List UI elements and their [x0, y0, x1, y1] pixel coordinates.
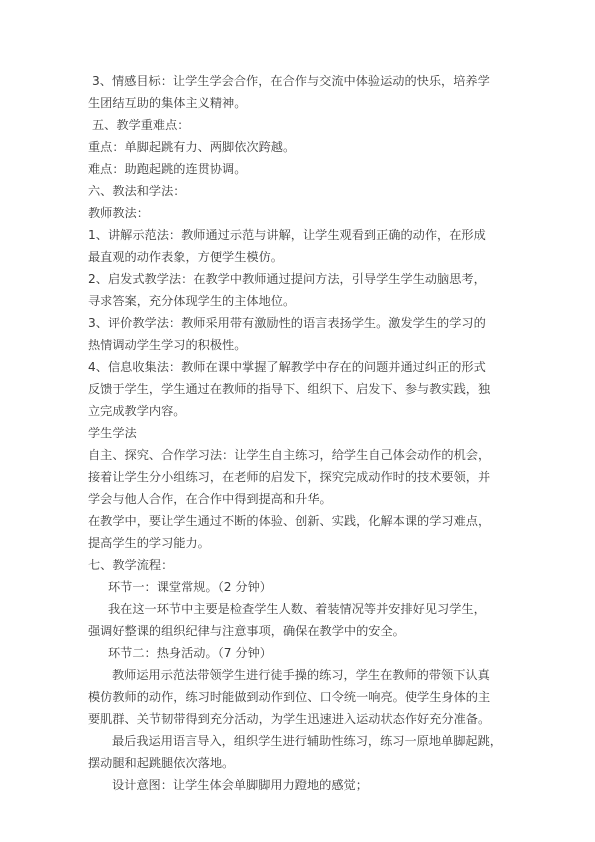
text-line: 接着让学生分小组练习，在老师的启发下，探究完成动作时的技术要领，并: [88, 466, 508, 488]
document-page: 3、情感目标：让学生学会合作，在合作与交流中体验运动的快乐，培养学生团结互助的集…: [88, 70, 508, 796]
text-line: 4、信息收集法：教师在课中掌握了解教学中存在的问题并通过纠正的形式: [88, 356, 508, 378]
text-line: 最直观的动作表象，方便学生模仿。: [88, 246, 508, 268]
text-line: 最后我运用语言导入，组织学生进行辅助性练习，练习一原地单脚起跳，: [88, 730, 508, 752]
text-line: 六、教法和学法：: [88, 180, 508, 202]
text-line: 教师运用示范法带领学生进行徒手操的练习，学生在教师的带领下认真: [88, 664, 508, 686]
text-line: 设计意图：让学生体会单脚脚用力蹬地的感觉；: [88, 774, 508, 796]
text-line: 教师教法：: [88, 202, 508, 224]
text-line: 难点：助跑起跳的连贯协调。: [88, 158, 508, 180]
text-line: 摆动腿和起跳腿依次落地。: [88, 752, 508, 774]
text-line: 立完成教学内容。: [88, 400, 508, 422]
text-line: 2、启发式教学法：在教学中教师通过提问方法，引导学生学生动脑思考，: [88, 268, 508, 290]
text-line: 七、教学流程：: [88, 554, 508, 576]
text-line: 我在这一环节中主要是检查学生人数、着装情况等并安排好见习学生，: [88, 598, 508, 620]
text-line: 环节一：课堂常规。（2 分钟）: [88, 576, 508, 598]
text-line: 重点：单脚起跳有力、两脚依次跨越。: [88, 136, 508, 158]
text-line: 在教学中，要让学生通过不断的体验、创新、实践，化解本课的学习难点，: [88, 510, 508, 532]
text-line: 生团结互助的集体主义精神。: [88, 92, 508, 114]
text-line: 学生学法: [88, 422, 508, 444]
text-line: 环节二：热身活动。（7 分钟）: [88, 642, 508, 664]
text-line: 要肌群、关节韧带得到充分活动，为学生迅速进入运动状态作好充分准备。: [88, 708, 508, 730]
text-line: 自主、探究、合作学习法：让学生自主练习，给学生自己体会动作的机会，: [88, 444, 508, 466]
text-line: 3、评价教学法：教师采用带有激励性的语言表扬学生。激发学生的学习的: [88, 312, 508, 334]
text-line: 反馈于学生，学生通过在教师的指导下、组织下、启发下、参与教实践，独: [88, 378, 508, 400]
text-line: 学会与他人合作，在合作中得到提高和升华。: [88, 488, 508, 510]
text-line: 3、情感目标：让学生学会合作，在合作与交流中体验运动的快乐，培养学: [88, 70, 508, 92]
text-line: 热情调动学生学习的积极性。: [88, 334, 508, 356]
text-line: 1、讲解示范法：教师通过示范与讲解，让学生观看到正确的动作，在形成: [88, 224, 508, 246]
text-line: 寻求答案，充分体现学生的主体地位。: [88, 290, 508, 312]
text-line: 五、教学重难点：: [88, 114, 508, 136]
text-line: 提高学生的学习能力。: [88, 532, 508, 554]
text-line: 模仿教师的动作，练习时能做到动作到位、口令统一响亮。使学生身体的主: [88, 686, 508, 708]
text-line: 强调好整课的组织纪律与注意事项，确保在教学中的安全。: [88, 620, 508, 642]
